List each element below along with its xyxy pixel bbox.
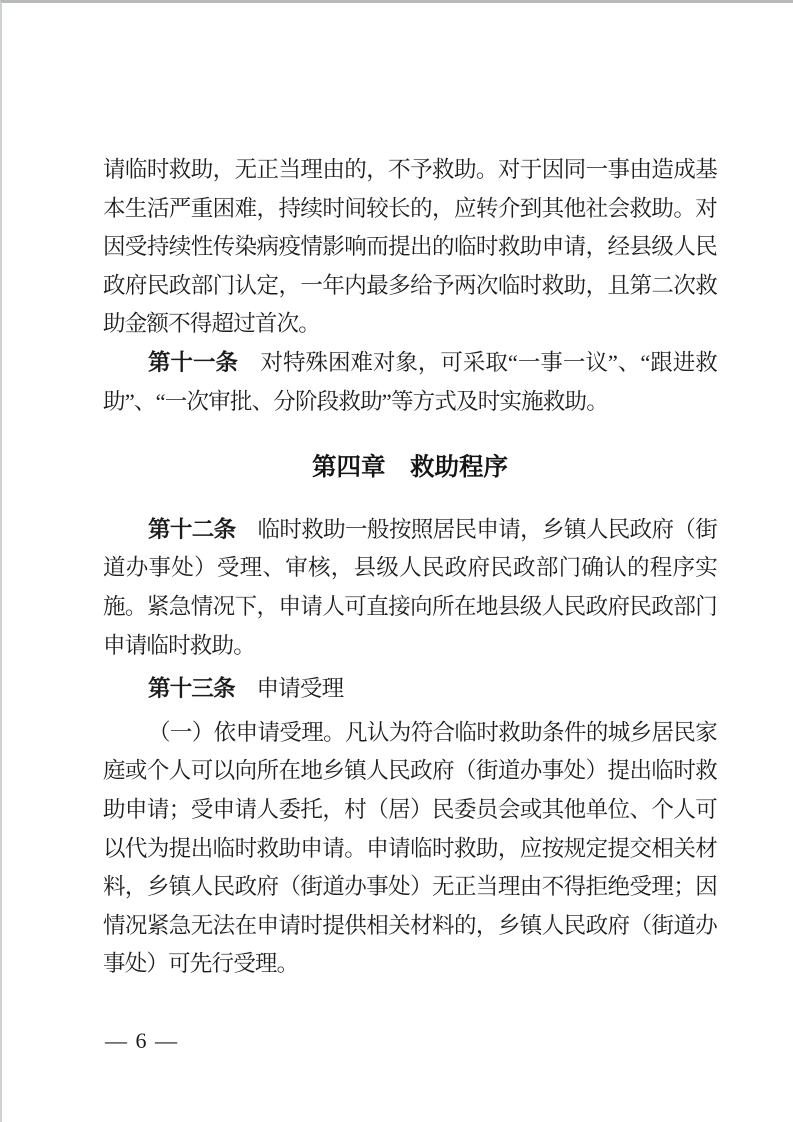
article-13-number: 第十三条 — [148, 676, 235, 701]
article-13-paragraph: 第十三条 申请受理 — [103, 670, 717, 709]
article-11-number: 第十一条 — [148, 350, 238, 375]
page-footer: — 6 — — [105, 1028, 179, 1054]
article-13-text: 申请受理 — [235, 676, 344, 701]
article-11-paragraph: 第十一条 对特殊困难对象，可采取“一事一议”、“跟进救助”、“一次审批、分阶段救… — [103, 344, 717, 421]
document-content: 请临时救助，无正当理由的，不予救助。对于因同一事由造成基本生活严重困难，持续时间… — [103, 151, 717, 984]
chapter-4-heading: 第四章 救助程序 — [103, 449, 717, 488]
article-12-number: 第十二条 — [148, 517, 236, 542]
paragraph-continuation: 请临时救助，无正当理由的，不予救助。对于因同一事由造成基本生活严重困难，持续时间… — [103, 151, 717, 344]
item-1-paragraph: （一）依申请受理。凡认为符合临时救助条件的城乡居民家庭或个人可以向所在地乡镇人民… — [103, 714, 717, 984]
article-12-paragraph: 第十二条 临时救助一般按照居民申请，乡镇人民政府（街道办事处）受理、审核，县级人… — [103, 511, 717, 665]
page-number: — 6 — — [105, 1028, 179, 1053]
document-page: 请临时救助，无正当理由的，不予救助。对于因同一事由造成基本生活严重困难，持续时间… — [0, 0, 793, 1122]
